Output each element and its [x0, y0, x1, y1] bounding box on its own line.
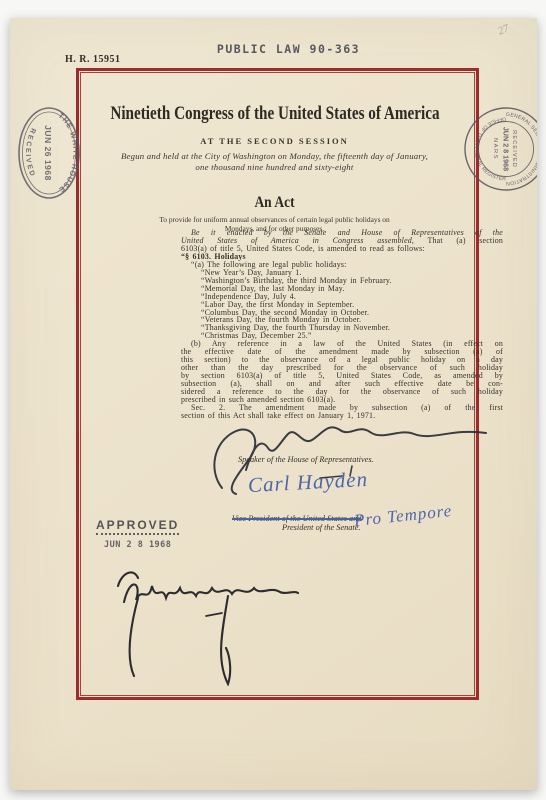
gsa-stamp-nars: NARS: [492, 138, 498, 160]
svg-text:THE WHITE HOUSE: THE WHITE HOUSE: [57, 111, 81, 195]
speaker-title: Speaker of the House of Representatives.: [238, 455, 374, 464]
convened-line-2: one thousand nine hundred and sixty-eigh…: [76, 162, 473, 172]
public-law-stamp: PUBLIC LAW 90-363: [90, 42, 487, 56]
white-house-stamp-arc-bottom: RECEIVED: [24, 127, 37, 179]
pencil-annotation: 27: [496, 22, 511, 37]
act-purpose-line-1: To provide for uniform annual observance…: [76, 215, 473, 224]
scanned-document-page: { "page": { "pencil_note": "27" }, "head…: [0, 0, 546, 800]
senate-title: President of the Senate.: [282, 523, 361, 532]
congress-title: Ninetieth Congress of the United States …: [76, 105, 473, 123]
gsa-stamp-received: RECEIVED: [511, 130, 517, 168]
approved-date-stamp: JUN 2 8 1968: [104, 540, 171, 550]
gsa-stamp-arc-bottom: OFFICE OF THE FEDERAL REGISTER: [472, 115, 506, 182]
session-line: AT THE SECOND SESSION: [76, 136, 473, 146]
white-house-stamp: THE WHITE HOUSE RECEIVED JUN 26 1968: [12, 98, 86, 208]
president-signature: Lyndon B. Johnson: [108, 556, 303, 686]
convened-line-1: Begun and held at the City of Washington…: [76, 151, 473, 161]
statute-body: Be it enacted by the Senate and House of…: [181, 229, 503, 420]
struck-vice-president-title: Vice President of the United States and: [232, 514, 362, 523]
svg-text:RECEIVED: RECEIVED: [24, 127, 37, 179]
approved-stamp: APPROVED: [96, 518, 179, 535]
white-house-stamp-date: JUN 26 1968: [43, 125, 53, 181]
svg-text:OFFICE OF THE FEDERAL REGISTER: OFFICE OF THE FEDERAL REGISTER: [472, 115, 506, 182]
act-heading: An Act: [76, 194, 473, 210]
white-house-stamp-arc-top: THE WHITE HOUSE: [57, 111, 81, 195]
gsa-stamp: GENERAL SERVICES ADMINISTRATION OFFICE O…: [462, 105, 537, 193]
gsa-stamp-date: JUN 2 8 1968: [502, 127, 511, 171]
paper: 27 H. R. 15951 PUBLIC LAW 90-363 Ninetie…: [10, 18, 537, 790]
